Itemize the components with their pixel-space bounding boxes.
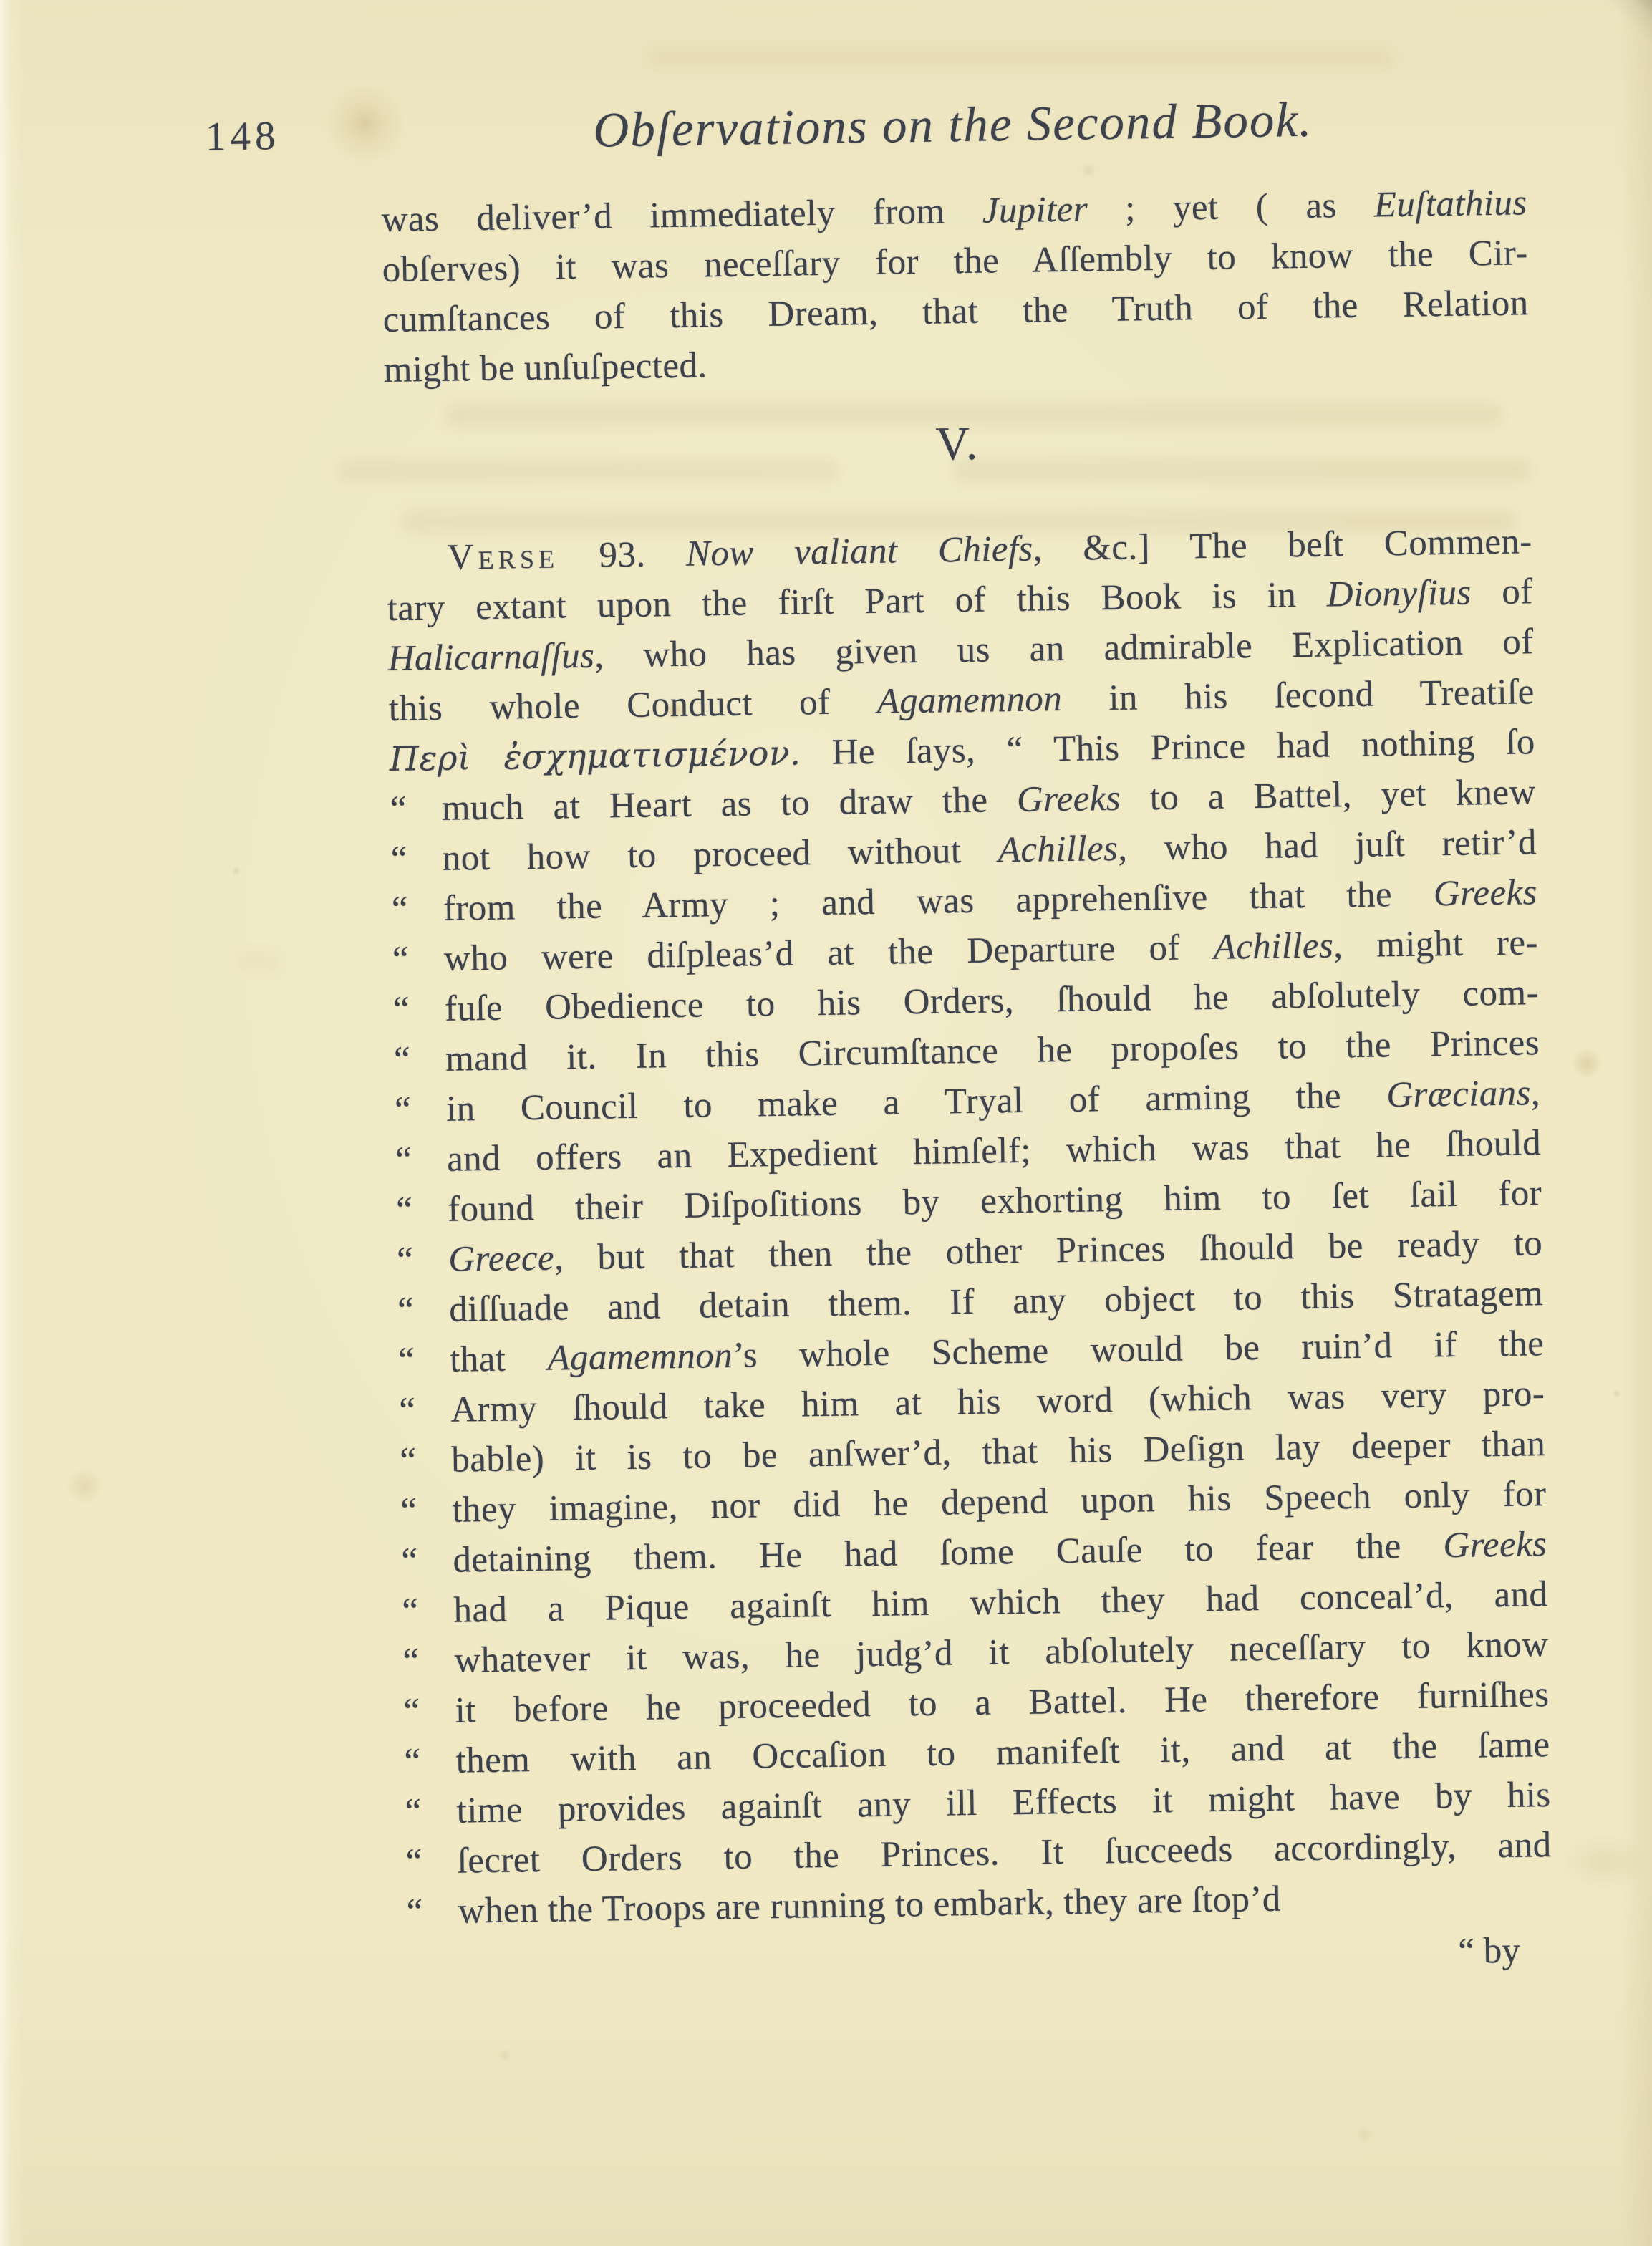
page-content: 148 Obſervations on the Second Book. was… xyxy=(0,0,1652,2246)
quotation-mark: “ xyxy=(390,784,442,834)
body-text: when the Troops are running to embark, t… xyxy=(458,1879,1281,1932)
body-text: that xyxy=(450,1339,548,1380)
body-text: of xyxy=(1471,572,1533,612)
italic-text: Greeks xyxy=(1443,1524,1547,1566)
body-text: in Council to make a Tryal of arming the xyxy=(446,1075,1387,1129)
book-page: 148 Obſervations on the Second Book. was… xyxy=(0,0,1652,2246)
quotation-mark: “ xyxy=(395,1084,447,1135)
italic-text: Halicarnaſſus xyxy=(387,636,594,679)
body-text: might be unſuſpected. xyxy=(383,345,707,390)
body-text: in his ſecond Treatiſe xyxy=(1062,672,1535,719)
italic-text: Greece xyxy=(448,1238,555,1280)
body-text: who were diſpleas’d at the Departure of xyxy=(444,927,1214,979)
quotation-mark: “ xyxy=(397,1235,449,1286)
quotation-mark: “ xyxy=(397,1285,450,1336)
opening-paragraph: was deliver’d immediately from Jupiter ;… xyxy=(381,178,1530,395)
quotation-mark: “ xyxy=(400,1485,453,1536)
body-text: was deliver’d immediately from xyxy=(381,191,982,240)
italic-text: Græcians xyxy=(1386,1073,1531,1115)
italic-text: Greeks xyxy=(1433,872,1537,914)
body-text: from the Army ; and was apprehenſive tha… xyxy=(443,874,1434,929)
quotation-mark: “ xyxy=(402,1586,454,1637)
quotation-mark: “ xyxy=(406,1886,458,1937)
quotation-mark: “ xyxy=(398,1335,450,1386)
quotation-mark: “ xyxy=(393,984,445,1035)
quotation-mark: “ xyxy=(400,1435,452,1486)
body-text: ; yet ( as xyxy=(1088,185,1375,229)
italic-text: Greeks xyxy=(1017,779,1121,820)
body-text: , might re- xyxy=(1333,922,1539,965)
quotation-mark: “ xyxy=(405,1786,457,1837)
body-text: detaining them. He had ſome Cauſe to fea… xyxy=(453,1526,1444,1581)
body-text: ’s whole Scheme would be ruin’d if the xyxy=(733,1324,1545,1376)
quotation-mark: “ xyxy=(403,1686,455,1737)
body-text: , xyxy=(1530,1073,1540,1113)
catchword: “ by xyxy=(407,1925,1553,1992)
italic-text: Achilles xyxy=(1213,925,1333,967)
quotation-mark: “ xyxy=(402,1636,455,1687)
body-text: not how to proceed without xyxy=(443,830,999,879)
greek-phrase: Περὶ ἐσχηματισμένον. xyxy=(389,733,801,779)
body-text: this whole Conduct of xyxy=(388,682,877,729)
quotation-mark: “ xyxy=(395,1134,448,1185)
italic-text: Agamemnon xyxy=(547,1336,733,1379)
italic-text: Dionyſius xyxy=(1326,573,1472,615)
italic-text: Agamemnon xyxy=(876,679,1062,722)
body-text: , &c.] The beſt Commen- xyxy=(1033,521,1532,569)
quotation-mark: “ xyxy=(405,1836,458,1887)
section-heading: V. xyxy=(385,410,1531,478)
quotation-mark: “ xyxy=(401,1536,453,1586)
running-title: Obſervations on the Second Book. xyxy=(380,90,1526,159)
quotation-mark: “ xyxy=(394,1034,446,1085)
body-text: much at Heart as to draw the xyxy=(441,780,1017,829)
italic-text: Euſtathius xyxy=(1373,183,1527,225)
verse-note-paragraph: Verse 93. Now valiant Chiefs, &c.] The b… xyxy=(386,516,1552,1937)
quotation-mark: “ xyxy=(404,1736,456,1787)
body-text: to a Battel, yet knew xyxy=(1121,772,1537,819)
italic-text: Achilles xyxy=(998,829,1118,870)
quotation-mark: “ xyxy=(396,1185,448,1235)
body-text: 93. xyxy=(559,534,687,577)
body-text: , who had juſt retir’d xyxy=(1118,822,1537,869)
quotation-mark: “ xyxy=(392,934,444,985)
page-number: 148 xyxy=(206,115,280,159)
body-text: He ſays, “ This Prince had nothing ſo xyxy=(801,722,1535,773)
quotation-mark: “ xyxy=(390,834,443,885)
quotation-mark: “ xyxy=(399,1385,451,1436)
italic-text: Now valiant Chiefs xyxy=(686,529,1034,574)
body-text: tary extant upon the firſt Part of this … xyxy=(387,575,1327,629)
body-text: , but that then the other Princes ſhould… xyxy=(554,1223,1543,1278)
quotation-mark: “ xyxy=(391,884,443,935)
italic-text: Jupiter xyxy=(982,189,1088,231)
body-text: , who has given us an admirable Explicat… xyxy=(594,622,1534,675)
body-text: Verse xyxy=(447,536,559,577)
